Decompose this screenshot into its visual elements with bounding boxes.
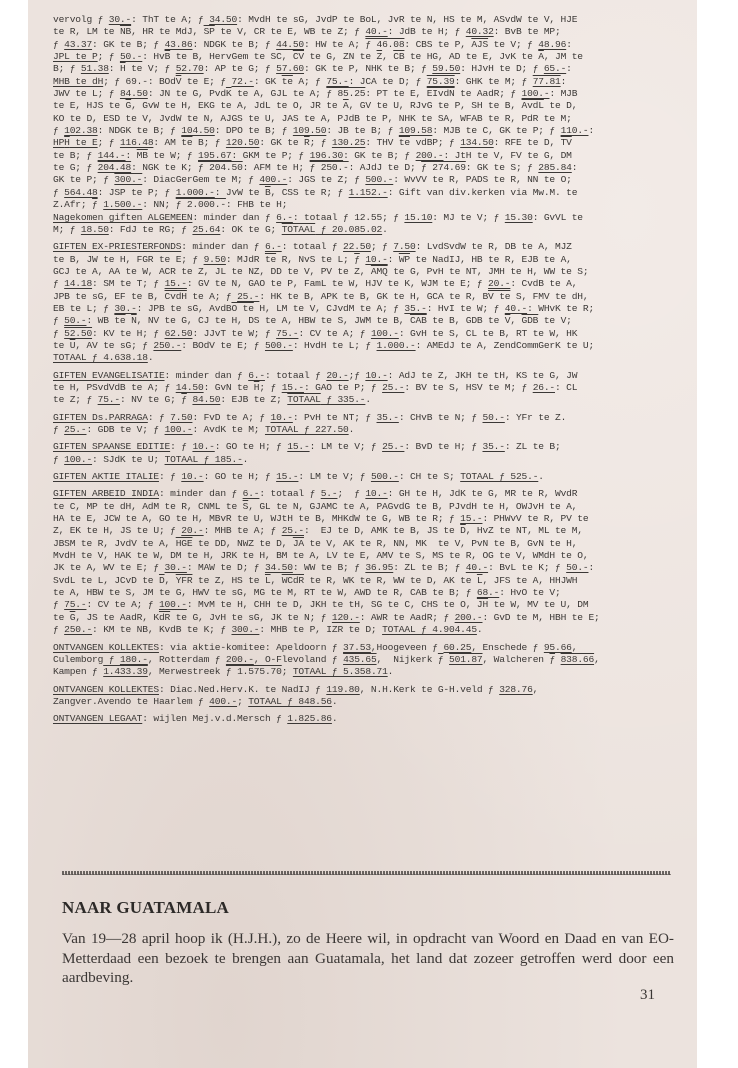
text-line: TOTAAL ƒ 4.638.18. — [53, 352, 673, 364]
text-line: ƒ 50.-: WB te N, NV te G, CJ te H, DS te… — [53, 315, 673, 327]
text-line: JPB te sG, EF te B, CvdH te A; ƒ 25.-: H… — [53, 291, 673, 303]
text-line: JBSM te R, JvdV te A, HGE te DD, NWZ te … — [53, 538, 673, 550]
text-line: M; ƒ 18.50: FdJ te RG; ƒ 25.64: OK te G;… — [53, 224, 673, 236]
text-line: Z, EK te H, JS te U; ƒ 20.-: MHB te A; ƒ… — [53, 525, 673, 537]
text-line: KO te D, ESD te V, JvdW te N, AJGS te U,… — [53, 113, 673, 125]
text-line: vervolg ƒ 30.-: ThT te A; ƒ 34.50: MvdH … — [53, 14, 673, 26]
text-line: te B, JW te H, FGR te E; ƒ 9.50: MJdR te… — [53, 254, 673, 266]
gift-section-aktie-italie: GIFTEN AKTIE ITALIE: ƒ 10.-: GO te H; ƒ … — [53, 471, 673, 483]
text-line: Z.Afr; ƒ 1.500.-: NN; ƒ 2.000.-: FHB te … — [53, 199, 673, 211]
text-line: te C, MP te dH, AdM te R, CNML te S, GL … — [53, 501, 673, 513]
gift-listing: vervolg ƒ 30.-: ThT te A; ƒ 34.50: MvdH … — [53, 14, 673, 731]
text-line: GIFTEN ARBEID INDIA: minder dan ƒ 6.-: t… — [53, 488, 673, 500]
text-line: GIFTEN AKTIE ITALIE: ƒ 10.-: GO te H; ƒ … — [53, 471, 673, 483]
text-line: te H, PSvdVdB te A; ƒ 14.50: GvN te H; ƒ… — [53, 382, 673, 394]
text-line: MHB te dH; ƒ 69.-: BOdV te E; ƒ 72.-: GK… — [53, 76, 673, 88]
text-line: te A, HBW te S, JM te G, HWV te sG, MG t… — [53, 587, 673, 599]
text-line: JWV te L; ƒ 84.50: JN te G, PvdK te A, G… — [53, 88, 673, 100]
text-line: JK te A, WV te E; ƒ 30.-: MAW te D; ƒ 34… — [53, 562, 673, 574]
text-line: ONTVANGEN KOLLEKTES: via aktie-komitee: … — [53, 642, 673, 654]
text-line: GK te P; ƒ 300.-: DiacGerGem te M; ƒ 400… — [53, 174, 673, 186]
text-line: Nagekomen giften ALGEMEEN: minder dan ƒ … — [53, 212, 673, 224]
text-line: Kampen ƒ 1.433.39, Merwestreek ƒ 1.575.7… — [53, 666, 673, 678]
text-line: te U, AV te sG; ƒ 250.-: BOdV te E; ƒ 50… — [53, 340, 673, 352]
text-line: ƒ 43.37: GK te B; ƒ 43.86: NDGK te B; ƒ … — [53, 39, 673, 51]
text-line: HPH te E; ƒ 116.48: AM te B; ƒ 120.50: G… — [53, 137, 673, 149]
text-line: GIFTEN EVANGELISATIE: minder dan ƒ 6.-: … — [53, 370, 673, 382]
text-line: GCJ te A, AA te W, ACR te Z, JL te NZ, D… — [53, 266, 673, 278]
text-line: ƒ 52.50: KV te H; ƒ 62.50: JJvT te W; ƒ … — [53, 328, 673, 340]
text-line: ONTVANGEN KOLLEKTES: Diac.Ned.Herv.K. te… — [53, 684, 673, 696]
text-line: JPL te P; ƒ 50.-: HvB te B, HervGem te S… — [53, 51, 673, 63]
text-line: ƒ 250.-: KM te NB, KvdB te K; ƒ 300.-: M… — [53, 624, 673, 636]
gift-section-kollektes-aktie: ONTVANGEN KOLLEKTES: via aktie-komitee: … — [53, 642, 673, 679]
gift-section-parraga: GIFTEN Ds.PARRAGA: ƒ 7.50: FvD te A; ƒ 1… — [53, 412, 673, 437]
text-line: te E, HJS te G, GvW te H, EKG te A, JdL … — [53, 100, 673, 112]
text-line: ƒ 564.48: JSP te P; ƒ 1.000.-: JvW te B,… — [53, 187, 673, 199]
text-line: Zangver.Avendo te Haarlem ƒ 400.-; TOTAA… — [53, 696, 673, 708]
decorative-divider-lower — [62, 874, 671, 875]
text-line: te G, JS te AadR, KdR te G, JvH te sG, J… — [53, 612, 673, 624]
text-line: HA te E, JCW te A, GO te H, MBvR te U, W… — [53, 513, 673, 525]
text-line: te G; ƒ 204.48: NGK te K; ƒ 204.50: AFM … — [53, 162, 673, 174]
text-line: ƒ 75.-: CV te A; ƒ 100.-: MvM te H, CHH … — [53, 599, 673, 611]
gift-section-legaat: ONTVANGEN LEGAAT: wijlen Mej.v.d.Mersch … — [53, 713, 673, 725]
text-line: GIFTEN Ds.PARRAGA: ƒ 7.50: FvD te A; ƒ 1… — [53, 412, 673, 424]
page-number: 31 — [640, 987, 655, 1004]
text-line: ƒ 25.-: GDB te V; ƒ 100.-: AvdK te M; TO… — [53, 424, 673, 436]
gift-section-spaanse-editie: GIFTEN SPAANSE EDITIE: ƒ 10.-: GO te H; … — [53, 441, 673, 466]
gift-section-algemeen-vervolg: vervolg ƒ 30.-: ThT te A; ƒ 34.50: MvdH … — [53, 14, 673, 236]
text-line: te B; ƒ 144.-: MB te W; ƒ 195.67: GKM te… — [53, 150, 673, 162]
gift-section-evangelisatie: GIFTEN EVANGELISATIE: minder dan ƒ 6.-: … — [53, 370, 673, 407]
text-line: ƒ 100.-: SJdK te U; TOTAAL ƒ 185.-. — [53, 454, 673, 466]
text-line: Culemborg ƒ 180.-, Rotterdam ƒ 200.-, O-… — [53, 654, 673, 666]
text-line: GIFTEN SPAANSE EDITIE: ƒ 10.-: GO te H; … — [53, 441, 673, 453]
text-line: GIFTEN EX-PRIESTERFONDS: minder dan ƒ 6.… — [53, 241, 673, 253]
gift-section-arbeid-india: GIFTEN ARBEID INDIA: minder dan ƒ 6.-: t… — [53, 488, 673, 636]
text-line: B; ƒ 51.38: H te V; ƒ 52.70: AP te G; ƒ … — [53, 63, 673, 75]
text-line: SvdL te L, JCvD te D, YFR te Z, HS te L,… — [53, 575, 673, 587]
article-body: Van 19—28 april hoop ik (H.J.H.), zo de … — [62, 929, 674, 988]
article-heading: NAAR GUATAMALA — [62, 898, 229, 918]
gift-section-kollektes-kerken: ONTVANGEN KOLLEKTES: Diac.Ned.Herv.K. te… — [53, 684, 673, 709]
text-line: MvdH te V, HAK te W, DM te H, JRK te H, … — [53, 550, 673, 562]
text-line: ƒ 102.38: NDGK te B; ƒ 104.50: DPO te B;… — [53, 125, 673, 137]
gift-section-ex-priesterfonds: GIFTEN EX-PRIESTERFONDS: minder dan ƒ 6.… — [53, 241, 673, 364]
text-line: te Z; ƒ 75.-: NV te G; ƒ 84.50: EJB te Z… — [53, 394, 673, 406]
text-line: te R, LM te NB, HR te MdJ, SP te V, CR t… — [53, 26, 673, 38]
document-page: vervolg ƒ 30.-: ThT te A; ƒ 34.50: MvdH … — [28, 0, 697, 1068]
text-line: ONTVANGEN LEGAAT: wijlen Mej.v.d.Mersch … — [53, 713, 673, 725]
text-line: ƒ 14.18: SM te T; ƒ 15.-: GV te N, GAO t… — [53, 278, 673, 290]
text-line: EB te L; ƒ 30.-: JPB te sG, AvdBO te H, … — [53, 303, 673, 315]
